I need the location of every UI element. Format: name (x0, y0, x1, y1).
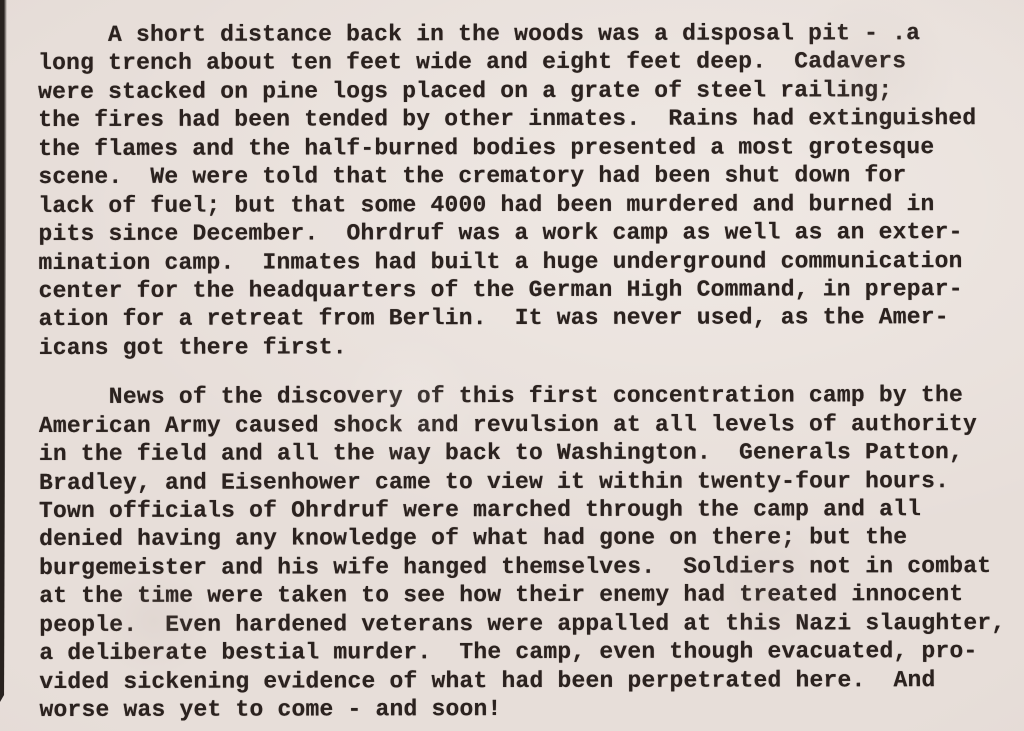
text-line: worse was yet to come - and soon! (39, 694, 1019, 724)
text-line: scene. We were told that the crematory h… (38, 161, 1018, 191)
text-line: News of the discovery of this first conc… (39, 381, 1019, 411)
text-line: in the field and all the way back to Was… (39, 438, 1019, 468)
paragraph-1: A short distance back in the woods was a… (38, 19, 1019, 362)
text-line: were stacked on pine logs placed on a gr… (38, 76, 1018, 106)
text-line: Bradley, and Eisenhower came to view it … (39, 467, 1019, 497)
scan-edge-artifact (0, 0, 7, 702)
text-line: the flames and the half-burned bodies pr… (38, 133, 1018, 163)
paragraph-2: News of the discovery of this first conc… (39, 381, 1020, 724)
text-line: center for the headquarters of the Germa… (39, 275, 1019, 305)
text-line: a deliberate bestial murder. The camp, e… (39, 637, 1019, 667)
text-line: vided sickening evidence of what had bee… (39, 666, 1019, 696)
text-line: A short distance back in the woods was a… (38, 19, 1018, 49)
text-line: pits since December. Ohrdruf was a work … (38, 218, 1018, 248)
text-line: Town officials of Ohrdruf were marched t… (39, 495, 1019, 525)
typewritten-text: A short distance back in the woods was a… (38, 19, 1019, 725)
text-line: ation for a retreat from Berlin. It was … (39, 303, 1019, 333)
text-line: burgemeister and his wife hanged themsel… (39, 552, 1019, 582)
text-line: denied having any knowledge of what had … (39, 523, 1019, 553)
text-line: people. Even hardened veterans were appa… (39, 609, 1019, 639)
text-line: at the time were taken to see how their … (39, 580, 1019, 610)
text-line: icans got there first. (39, 332, 1019, 362)
text-line: the fires had been tended by other inmat… (38, 104, 1018, 134)
text-line: American Army caused shock and revulsion… (39, 410, 1019, 440)
scanned-page: A short distance back in the woods was a… (0, 0, 1024, 731)
text-line: long trench about ten feet wide and eigh… (38, 47, 1018, 77)
text-line: mination camp. Inmates had built a huge … (38, 246, 1018, 276)
text-line: lack of fuel; but that some 4000 had bee… (38, 190, 1018, 220)
